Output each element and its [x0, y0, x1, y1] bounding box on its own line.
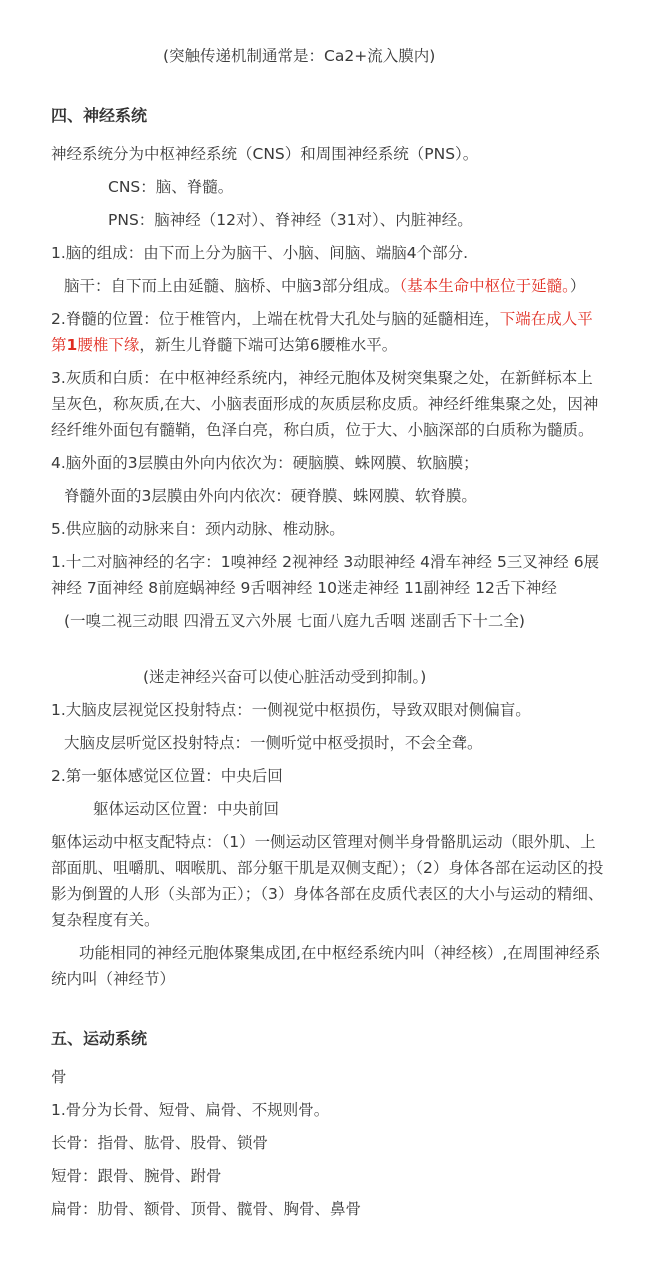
- text-segment: 神经系统分为中枢神经系统（CNS）和周围神经系统（PNS）。: [51, 145, 478, 163]
- text-segment: 功能相同的神经元胞体聚集成团,在中枢经系统内叫（神经核）,在周围神经系统内叫（神…: [51, 944, 600, 988]
- para-spinal-membranes: 脊髓外面的3层膜由外向内依次：硬脊膜、蛛网膜、软脊膜。: [64, 483, 607, 509]
- text-segment: 1.大脑皮层视觉区投射特点：一侧视觉中枢损伤，导致双眼对侧偏盲。: [51, 701, 531, 719]
- text-segment: (突触传递机制通常是：Ca2+流入膜内): [163, 47, 435, 65]
- text-segment: 骨: [51, 1068, 67, 1086]
- text-segment: 脊髓外面的3层膜由外向内依次：硬脊膜、蛛网膜、软脊膜。: [64, 487, 477, 505]
- text-segment: 扁骨：肋骨、额骨、顶骨、髋骨、胸骨、鼻骨: [51, 1200, 361, 1218]
- text-segment: 躯体运动区位置：中央前回: [93, 800, 279, 818]
- text-segment: 四、神经系统: [51, 106, 147, 125]
- text-segment: ）: [570, 277, 586, 295]
- para-bone: 骨: [51, 1064, 607, 1090]
- text-segment: 脑干：自下而上由延髓、脑桥、中脑3部分组成。: [64, 277, 399, 295]
- text-segment: 4.脑外面的3层膜由外向内依次为：硬脑膜、蛛网膜、软脑膜；: [51, 454, 479, 472]
- para-cns: CNS：脑、脊髓。: [108, 174, 607, 200]
- para-gray-white-matter: 3.灰质和白质：在中枢神经系统内，神经元胞体及树突集聚之处，在新鲜标本上呈灰色，…: [51, 365, 607, 443]
- text-segment: 短骨：跟骨、腕骨、跗骨: [51, 1167, 222, 1185]
- text-segment: 躯体运动中枢支配特点：（1）一侧运动区管理对侧半身骨骼肌运动（眼外肌、上部面肌、…: [51, 833, 603, 929]
- para-somatosensory-area: 2.第一躯体感觉区位置：中央后回: [51, 763, 607, 789]
- para-auditory-projection: 大脑皮层听觉区投射特点：一侧听觉中枢受损时，不会全聋。: [64, 730, 607, 756]
- text-segment: 大脑皮层听觉区投射特点：一侧听觉中枢受损时，不会全聋。: [64, 734, 483, 752]
- text-segment: CNS：脑、脊髓。: [108, 178, 233, 196]
- para-motor-control-features: 躯体运动中枢支配特点：（1）一侧运动区管理对侧半身骨骼肌运动（眼外肌、上部面肌、…: [51, 829, 607, 933]
- text-segment: ，新生儿脊髓下端可达第6腰椎水平。: [139, 336, 397, 354]
- para-short-bones: 短骨：跟骨、腕骨、跗骨: [51, 1163, 607, 1189]
- document-page: (突触传递机制通常是：Ca2+流入膜内)四、神经系统神经系统分为中枢神经系统（C…: [0, 0, 660, 1253]
- text-segment: 3.灰质和白质：在中枢神经系统内，神经元胞体及树突集聚之处，在新鲜标本上呈灰色，…: [51, 369, 598, 439]
- red-highlight-segment: （基本生命中枢位于延髓。: [399, 277, 570, 295]
- text-segment: 5.供应脑的动脉来自：颈内动脉、椎动脉。: [51, 520, 345, 538]
- para-motor-area: 躯体运动区位置：中央前回: [93, 796, 607, 822]
- text-segment: 五、运动系统: [51, 1029, 147, 1048]
- red-highlight-segment: 腰椎下缘: [77, 336, 139, 354]
- document-body: (突触传递机制通常是：Ca2+流入膜内)四、神经系统神经系统分为中枢神经系统（C…: [51, 43, 607, 1222]
- para-spinal-cord-position: 2.脊髓的位置：位于椎管内，上端在枕骨大孔处与脑的延髓相连，下端在成人平第1腰椎…: [51, 306, 607, 358]
- note-synaptic-mechanism: (突触传递机制通常是：Ca2+流入膜内): [163, 43, 607, 69]
- para-nervous-system-division: 神经系统分为中枢神经系统（CNS）和周围神经系统（PNS）。: [51, 141, 607, 167]
- text-segment: 1.骨分为长骨、短骨、扁骨、不规则骨。: [51, 1101, 329, 1119]
- text-segment: 1.脑的组成：由下而上分为脑干、小脑、间脑、端脑4个部分.: [51, 244, 468, 262]
- text-segment: PNS：脑神经（12对）、脊神经（31对）、内脏神经。: [108, 211, 473, 229]
- note-cranial-nerve-mnemonic: (一嗅二视三动眼 四滑五叉六外展 七面八庭九舌咽 迷副舌下十二全): [64, 608, 607, 634]
- para-flat-bones: 扁骨：肋骨、额骨、顶骨、髋骨、胸骨、鼻骨: [51, 1196, 607, 1222]
- para-bone-types: 1.骨分为长骨、短骨、扁骨、不规则骨。: [51, 1097, 607, 1123]
- heading-motor-system: 五、运动系统: [51, 1026, 607, 1052]
- text-segment: 2.脊髓的位置：位于椎管内，上端在枕骨大孔处与脑的延髓相连，: [51, 310, 500, 328]
- para-neuron-clusters: 功能相同的神经元胞体聚集成团,在中枢经系统内叫（神经核）,在周围神经系统内叫（神…: [51, 940, 607, 992]
- red-highlight-segment: 1: [67, 336, 78, 354]
- para-pns: PNS：脑神经（12对）、脊神经（31对）、内脏神经。: [108, 207, 607, 233]
- para-brainstem: 脑干：自下而上由延髓、脑桥、中脑3部分组成。（基本生命中枢位于延髓。）: [64, 273, 607, 299]
- para-long-bones: 长骨：指骨、肱骨、股骨、锁骨: [51, 1130, 607, 1156]
- text-segment: (迷走神经兴奋可以使心脏活动受到抑制。): [143, 668, 426, 686]
- text-segment: 1.十二对脑神经的名字：1嗅神经 2视神经 3动眼神经 4滑车神经 5三叉神经 …: [51, 553, 599, 597]
- note-vagus-nerve: (迷走神经兴奋可以使心脏活动受到抑制。): [143, 664, 607, 690]
- para-cranial-nerves: 1.十二对脑神经的名字：1嗅神经 2视神经 3动眼神经 4滑车神经 5三叉神经 …: [51, 549, 607, 601]
- para-brain-composition: 1.脑的组成：由下而上分为脑干、小脑、间脑、端脑4个部分.: [51, 240, 607, 266]
- text-segment: 长骨：指骨、肱骨、股骨、锁骨: [51, 1134, 268, 1152]
- para-visual-projection: 1.大脑皮层视觉区投射特点：一侧视觉中枢损伤，导致双眼对侧偏盲。: [51, 697, 607, 723]
- para-brain-membranes: 4.脑外面的3层膜由外向内依次为：硬脑膜、蛛网膜、软脑膜；: [51, 450, 607, 476]
- text-segment: (一嗅二视三动眼 四滑五叉六外展 七面八庭九舌咽 迷副舌下十二全): [64, 612, 525, 630]
- para-brain-arteries: 5.供应脑的动脉来自：颈内动脉、椎动脉。: [51, 516, 607, 542]
- heading-nervous-system: 四、神经系统: [51, 103, 607, 129]
- text-segment: 2.第一躯体感觉区位置：中央后回: [51, 767, 283, 785]
